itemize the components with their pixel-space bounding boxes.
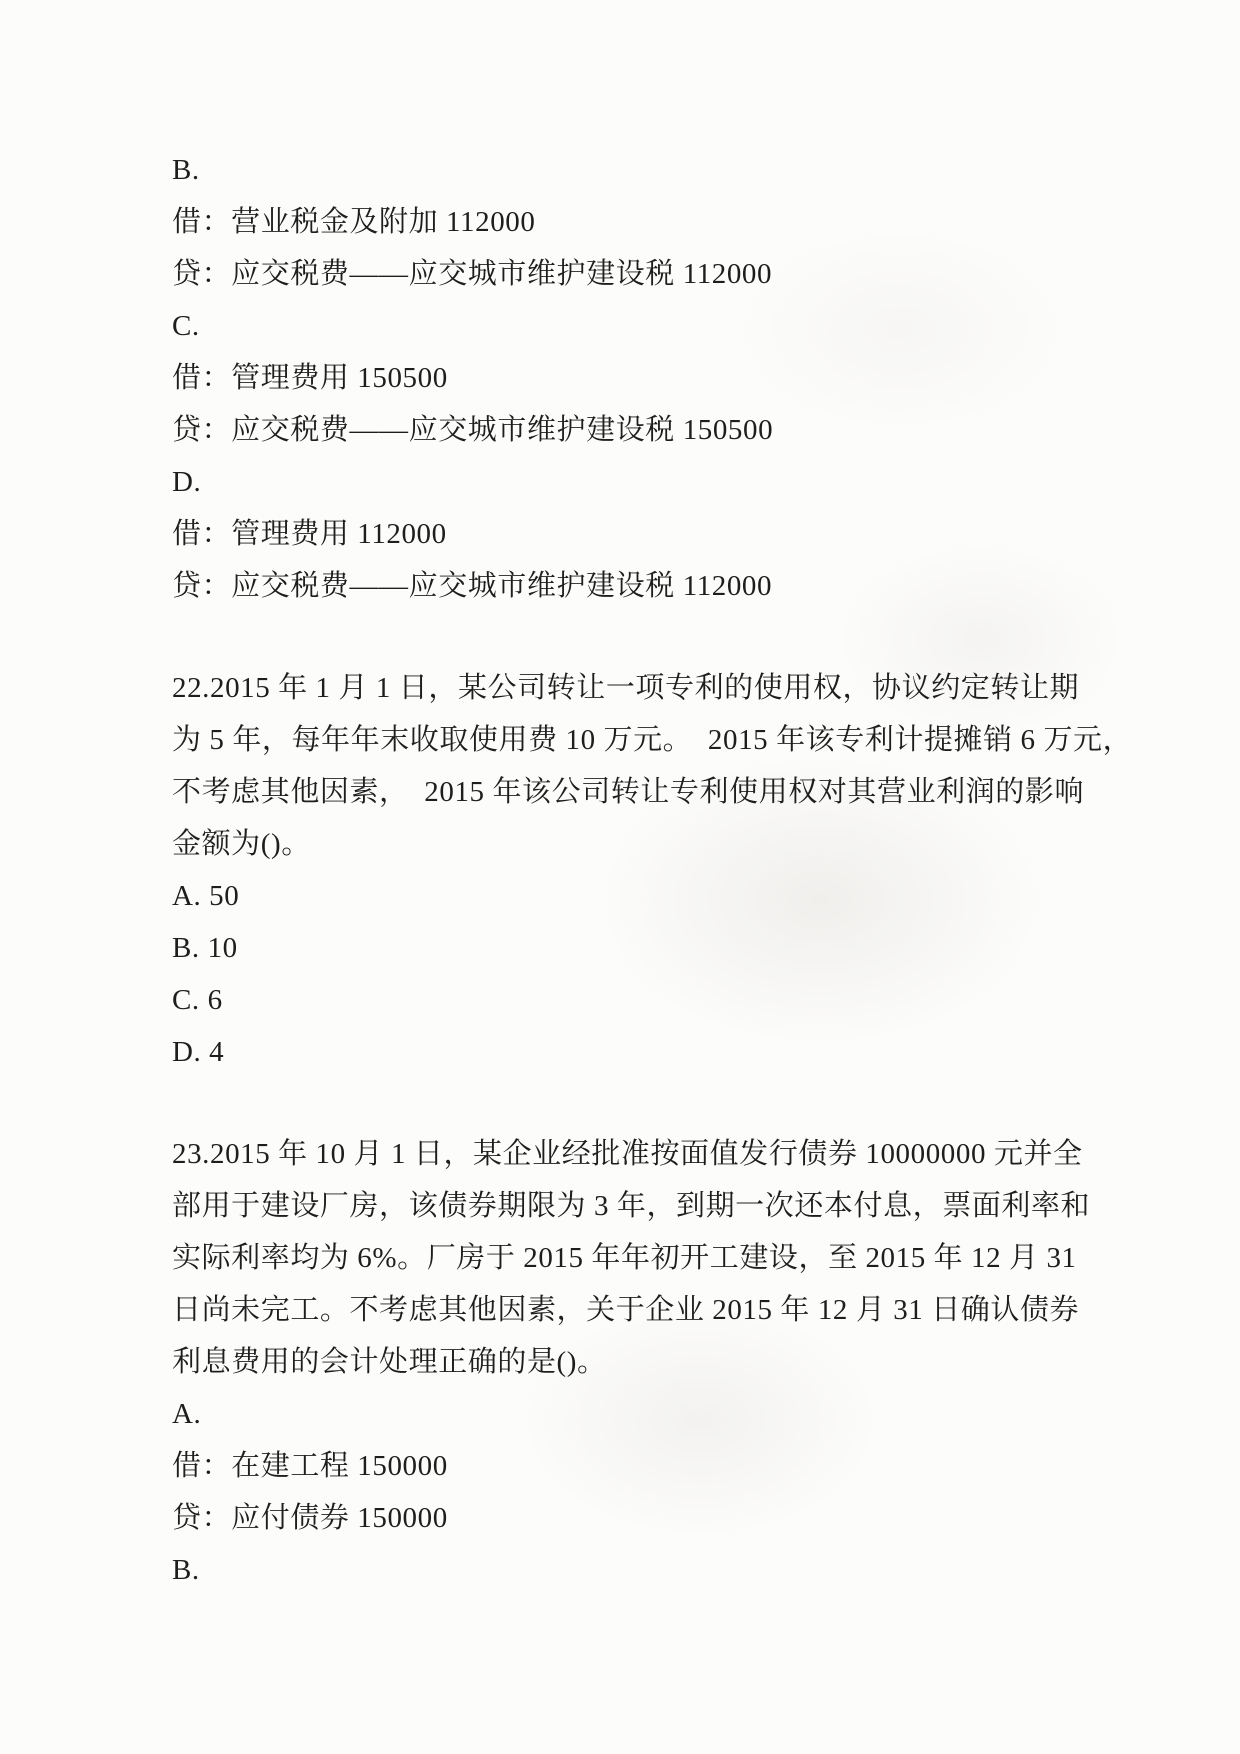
prev-option-d-label: D. [172,456,1180,508]
question-22-stem-line-1: 22.2015 年 1 月 1 日，某公司转让一项专利的使用权，协议约定转让期 [172,662,1180,714]
question-22-option-d: D. 4 [172,1026,1180,1078]
prev-option-b-debit-entry: 借：营业税金及附加 112000 [172,196,1180,248]
prev-option-b-label: B. [172,144,1180,196]
prev-option-b-credit-entry: 贷：应交税费——应交城市维护建设税 112000 [172,248,1180,300]
question-23-option-b-label: B. [172,1544,1180,1596]
question-23-stem-line-1: 23.2015 年 10 月 1 日，某企业经批准按面值发行债券 1000000… [172,1128,1180,1180]
question-23: 23.2015 年 10 月 1 日，某企业经批准按面值发行债券 1000000… [172,1128,1180,1596]
question-23-option-a-debit-entry: 借：在建工程 150000 [172,1440,1180,1492]
question-22-option-a: A. 50 [172,870,1180,922]
prev-option-c-credit-entry: 贷：应交税费——应交城市维护建设税 150500 [172,404,1180,456]
question-22: 22.2015 年 1 月 1 日，某公司转让一项专利的使用权，协议约定转让期 … [172,662,1180,1078]
question-23-stem-line-3: 实际利率均为 6%。厂房于 2015 年年初开工建设，至 2015 年 12 月… [172,1232,1180,1284]
prev-option-d-credit-entry: 贷：应交税费——应交城市维护建设税 112000 [172,560,1180,612]
question-22-stem-line-2: 为 5 年，每年年末收取使用费 10 万元。 2015 年该专利计提摊销 6 万… [172,714,1180,766]
prev-option-c-debit-entry: 借：管理费用 150500 [172,352,1180,404]
question-23-stem-line-2: 部用于建设厂房，该债券期限为 3 年，到期一次还本付息，票面利率和 [172,1180,1180,1232]
question-23-stem-line-4: 日尚未完工。不考虑其他因素，关于企业 2015 年 12 月 31 日确认债券 [172,1284,1180,1336]
prev-option-d-debit-entry: 借：管理费用 112000 [172,508,1180,560]
prev-option-c-label: C. [172,300,1180,352]
question-22-stem-line-3: 不考虑其他因素， 2015 年该公司转让专利使用权对其营业利润的影响 [172,766,1180,818]
prev-question-options: B. 借：营业税金及附加 112000 贷：应交税费——应交城市维护建设税 11… [172,144,1180,612]
question-22-option-c: C. 6 [172,974,1180,1026]
question-23-stem-line-5: 利息费用的会计处理正确的是()。 [172,1336,1180,1388]
document-page-content: B. 借：营业税金及附加 112000 贷：应交税费——应交城市维护建设税 11… [172,144,1180,1596]
question-22-stem-line-4: 金额为()。 [172,818,1180,870]
question-22-option-b: B. 10 [172,922,1180,974]
question-23-option-a-label: A. [172,1388,1180,1440]
question-23-option-a-credit-entry: 贷：应付债券 150000 [172,1492,1180,1544]
